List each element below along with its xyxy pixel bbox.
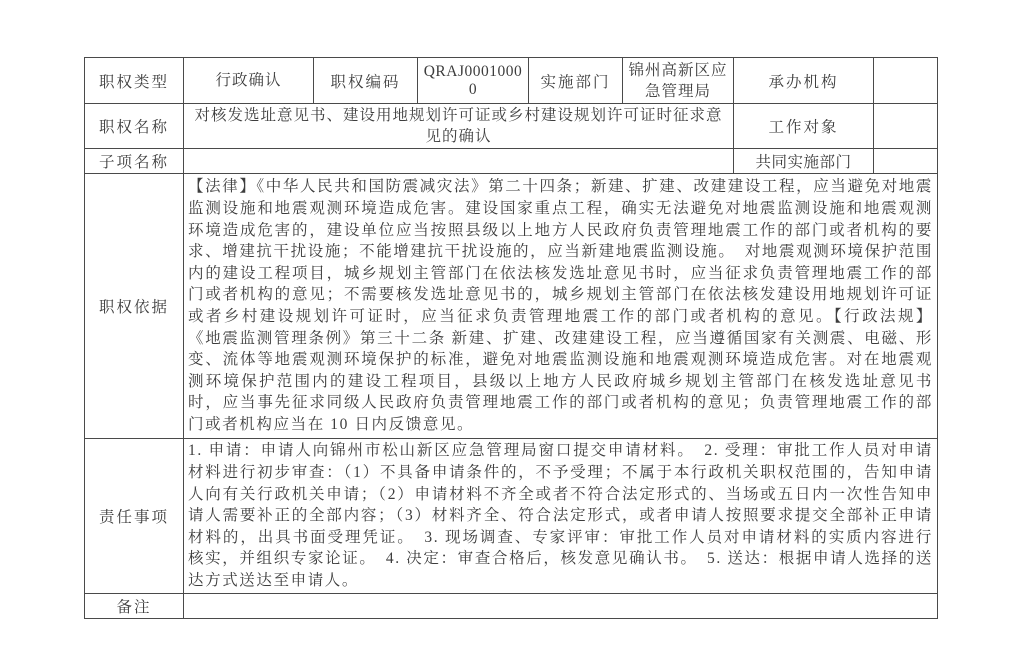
implementing-dept-label: 实施部门: [529, 58, 623, 104]
authority-code-label: 职权编码: [314, 58, 418, 104]
document-page: 职权类型 行政确认 职权编码 QRAJ00010000 实施部门 锦州高新区应急…: [0, 0, 1024, 667]
authority-type-label: 职权类型: [85, 58, 184, 104]
authority-name-label: 职权名称: [85, 104, 184, 149]
subitem-name-value: [184, 149, 734, 174]
authority-name-value: 对核发选址意见书、建设用地规划许可证或乡村建设规划许可证时征求意见的确认: [184, 104, 734, 149]
remarks-label: 备注: [85, 594, 184, 619]
duty-items-label: 责任事项: [85, 439, 184, 594]
undertaking-agency-label: 承办机构: [734, 58, 874, 104]
undertaking-agency-value: [874, 58, 938, 104]
subitem-name-label: 子项名称: [85, 149, 184, 174]
authority-info-table: 职权类型 行政确认 职权编码 QRAJ00010000 实施部门 锦州高新区应急…: [84, 57, 938, 619]
authority-type-value: 行政确认: [184, 58, 314, 104]
implementing-dept-value: 锦州高新区应急管理局: [623, 58, 734, 104]
joint-dept-value: [874, 149, 938, 174]
row-duty-items: 责任事项 1. 申请：申请人向锦州市松山新区应急管理局窗口提交申请材料。 2. …: [85, 439, 938, 594]
authority-basis-label: 职权依据: [85, 174, 184, 439]
work-target-value: [874, 104, 938, 149]
row-authority-name: 职权名称 对核发选址意见书、建设用地规划许可证或乡村建设规划许可证时征求意见的确…: [85, 104, 938, 149]
work-target-label: 工作对象: [734, 104, 874, 149]
duty-items-value: 1. 申请：申请人向锦州市松山新区应急管理局窗口提交申请材料。 2. 受理：审批…: [184, 439, 938, 594]
authority-code-value: QRAJ00010000: [418, 58, 529, 104]
joint-dept-label: 共同实施部门: [734, 149, 874, 174]
row-authority-type: 职权类型 行政确认 职权编码 QRAJ00010000 实施部门 锦州高新区应急…: [85, 58, 938, 104]
remarks-value: [184, 594, 938, 619]
row-remarks: 备注: [85, 594, 938, 619]
row-authority-basis: 职权依据 【法律】《中华人民共和国防震减灾法》第二十四条；新建、扩建、改建建设工…: [85, 174, 938, 439]
authority-basis-value: 【法律】《中华人民共和国防震减灾法》第二十四条；新建、扩建、改建建设工程，应当避…: [184, 174, 938, 439]
row-subitem-name: 子项名称 共同实施部门: [85, 149, 938, 174]
